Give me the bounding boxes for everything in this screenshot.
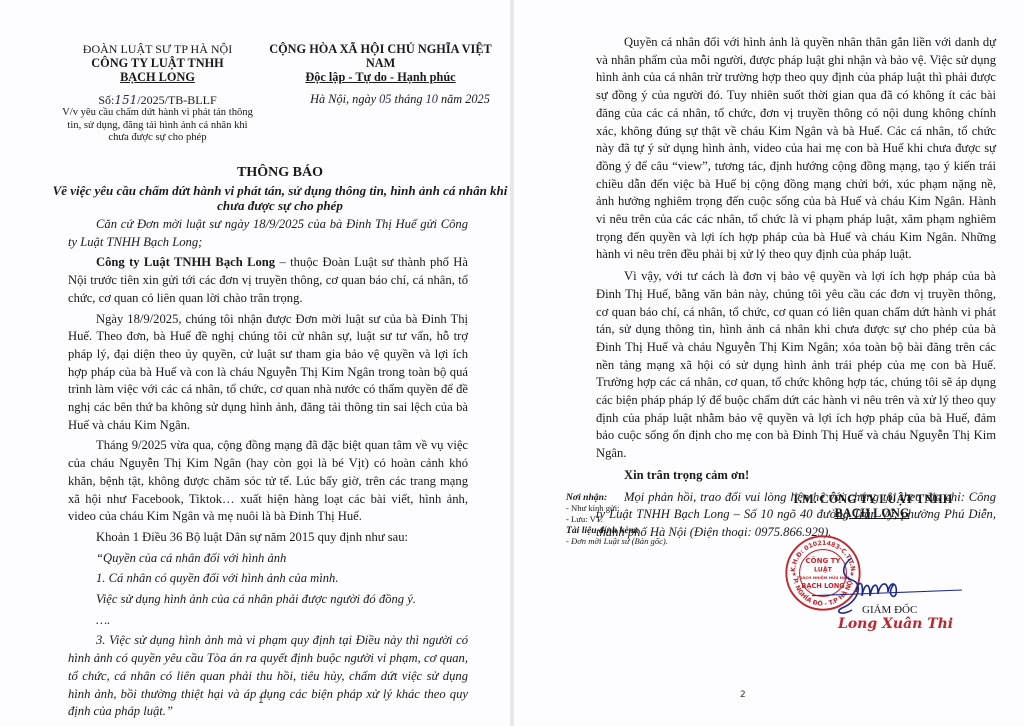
paragraph-request-received: Ngày 18/9/2025, chúng tôi nhận được Đơn … bbox=[68, 311, 468, 435]
document-page-2: Quyền cá nhân đối với hình ảnh là quyền … bbox=[514, 0, 1024, 726]
document-subject: V/v yêu cầu chấm dứt hành vi phát tán th… bbox=[60, 107, 255, 145]
issuer-header: ĐOÀN LUẬT SƯ TP HÀ NỘI CÔNG TY LUẬT TNHH… bbox=[60, 42, 255, 145]
recipient-item: - Lưu: VT. bbox=[566, 514, 766, 525]
quote-clause-1b: Việc sử dụng hình ảnh của cá nhân phải đ… bbox=[68, 591, 468, 609]
recipients-label: Nơi nhận: bbox=[566, 492, 766, 503]
signatory-role: GIÁM ĐỐC bbox=[862, 604, 917, 616]
document-subtitle: Về việc yêu cầu chấm dứt hành vi phát tá… bbox=[50, 183, 510, 213]
quote-heading: “Quyền của cá nhân đối với hình ảnh bbox=[68, 550, 468, 568]
attachments-label: Tài liệu đính kèm: bbox=[566, 525, 766, 536]
paragraph-background: Tháng 9/2025 vừa qua, cộng đồng mạng đã … bbox=[68, 437, 468, 526]
document-title: THÔNG BÁO bbox=[50, 165, 510, 181]
attachment-item: - Đơn mời Luật sư (Bản gốc). bbox=[566, 536, 766, 547]
national-title: CỘNG HÒA XÃ HỘI CHỦ NGHĨA VIỆT NAM bbox=[258, 42, 503, 70]
svg-text:★: ★ bbox=[792, 572, 797, 578]
paragraph-legal-basis: Khoản 1 Điều 36 Bộ luật Dân sự năm 2015 … bbox=[68, 529, 468, 547]
paragraph-greeting: Công ty Luật TNHH Bạch Long – thuộc Đoàn… bbox=[68, 254, 468, 307]
handwritten-number: 151 bbox=[114, 93, 137, 107]
signatory-org-line2: BẠCH LONG bbox=[835, 506, 910, 520]
closing-thanks: Xin trân trọng cảm ơn! bbox=[596, 467, 996, 485]
quote-ellipsis: …. bbox=[68, 612, 468, 630]
page2-body: Quyền cá nhân đối với hình ảnh là quyền … bbox=[596, 34, 996, 546]
signature-block: T.M. CÔNG TY LUẬT TNHH BẠCH LONG S.Đ.K.H… bbox=[742, 492, 1002, 520]
signatory-name: Long Xuân Thi bbox=[838, 616, 953, 632]
document-number: Số:151/2025/TB-BLLF bbox=[60, 93, 255, 107]
page-number-2: 2 bbox=[740, 690, 746, 700]
signatory-org-line1: T.M. CÔNG TY LUẬT TNHH bbox=[742, 492, 1002, 506]
national-header: CỘNG HÒA XÃ HỘI CHỦ NGHĨA VIỆT NAM Độc l… bbox=[258, 42, 503, 85]
paragraph-image-rights: Quyền cá nhân đối với hình ảnh là quyền … bbox=[596, 34, 996, 264]
quote-clause-3: 3. Việc sử dụng hình ảnh mà vi phạm quy … bbox=[68, 632, 468, 721]
recipients-block: Nơi nhận: - Như kính gửi; - Lưu: VT. Tài… bbox=[566, 492, 766, 547]
recipient-item: - Như kính gửi; bbox=[566, 503, 766, 514]
paragraph-demand: Vì vậy, với tư cách là đơn vị bảo vệ quy… bbox=[596, 268, 996, 463]
page-number-1: 1 bbox=[258, 696, 264, 706]
company-name-line2: BẠCH LONG bbox=[120, 70, 195, 84]
paragraph-basis: Căn cứ Đơn mời luật sư ngày 18/9/2025 củ… bbox=[68, 216, 468, 251]
company-name-line1: CÔNG TY LUẬT TNHH bbox=[60, 56, 255, 70]
bar-association-name: ĐOÀN LUẬT SƯ TP HÀ NỘI bbox=[60, 42, 255, 56]
quote-clause-1: 1. Cá nhân có quyền đối với hình ảnh của… bbox=[68, 570, 468, 588]
document-date: Hà Nội, ngày 05 tháng 10 năm 2025 bbox=[300, 92, 500, 107]
document-page-1: ĐOÀN LUẬT SƯ TP HÀ NỘI CÔNG TY LUẬT TNHH… bbox=[0, 0, 510, 726]
page1-body: Căn cứ Đơn mời luật sư ngày 18/9/2025 củ… bbox=[68, 216, 468, 724]
national-motto: Độc lập - Tự do - Hạnh phúc bbox=[258, 70, 503, 85]
